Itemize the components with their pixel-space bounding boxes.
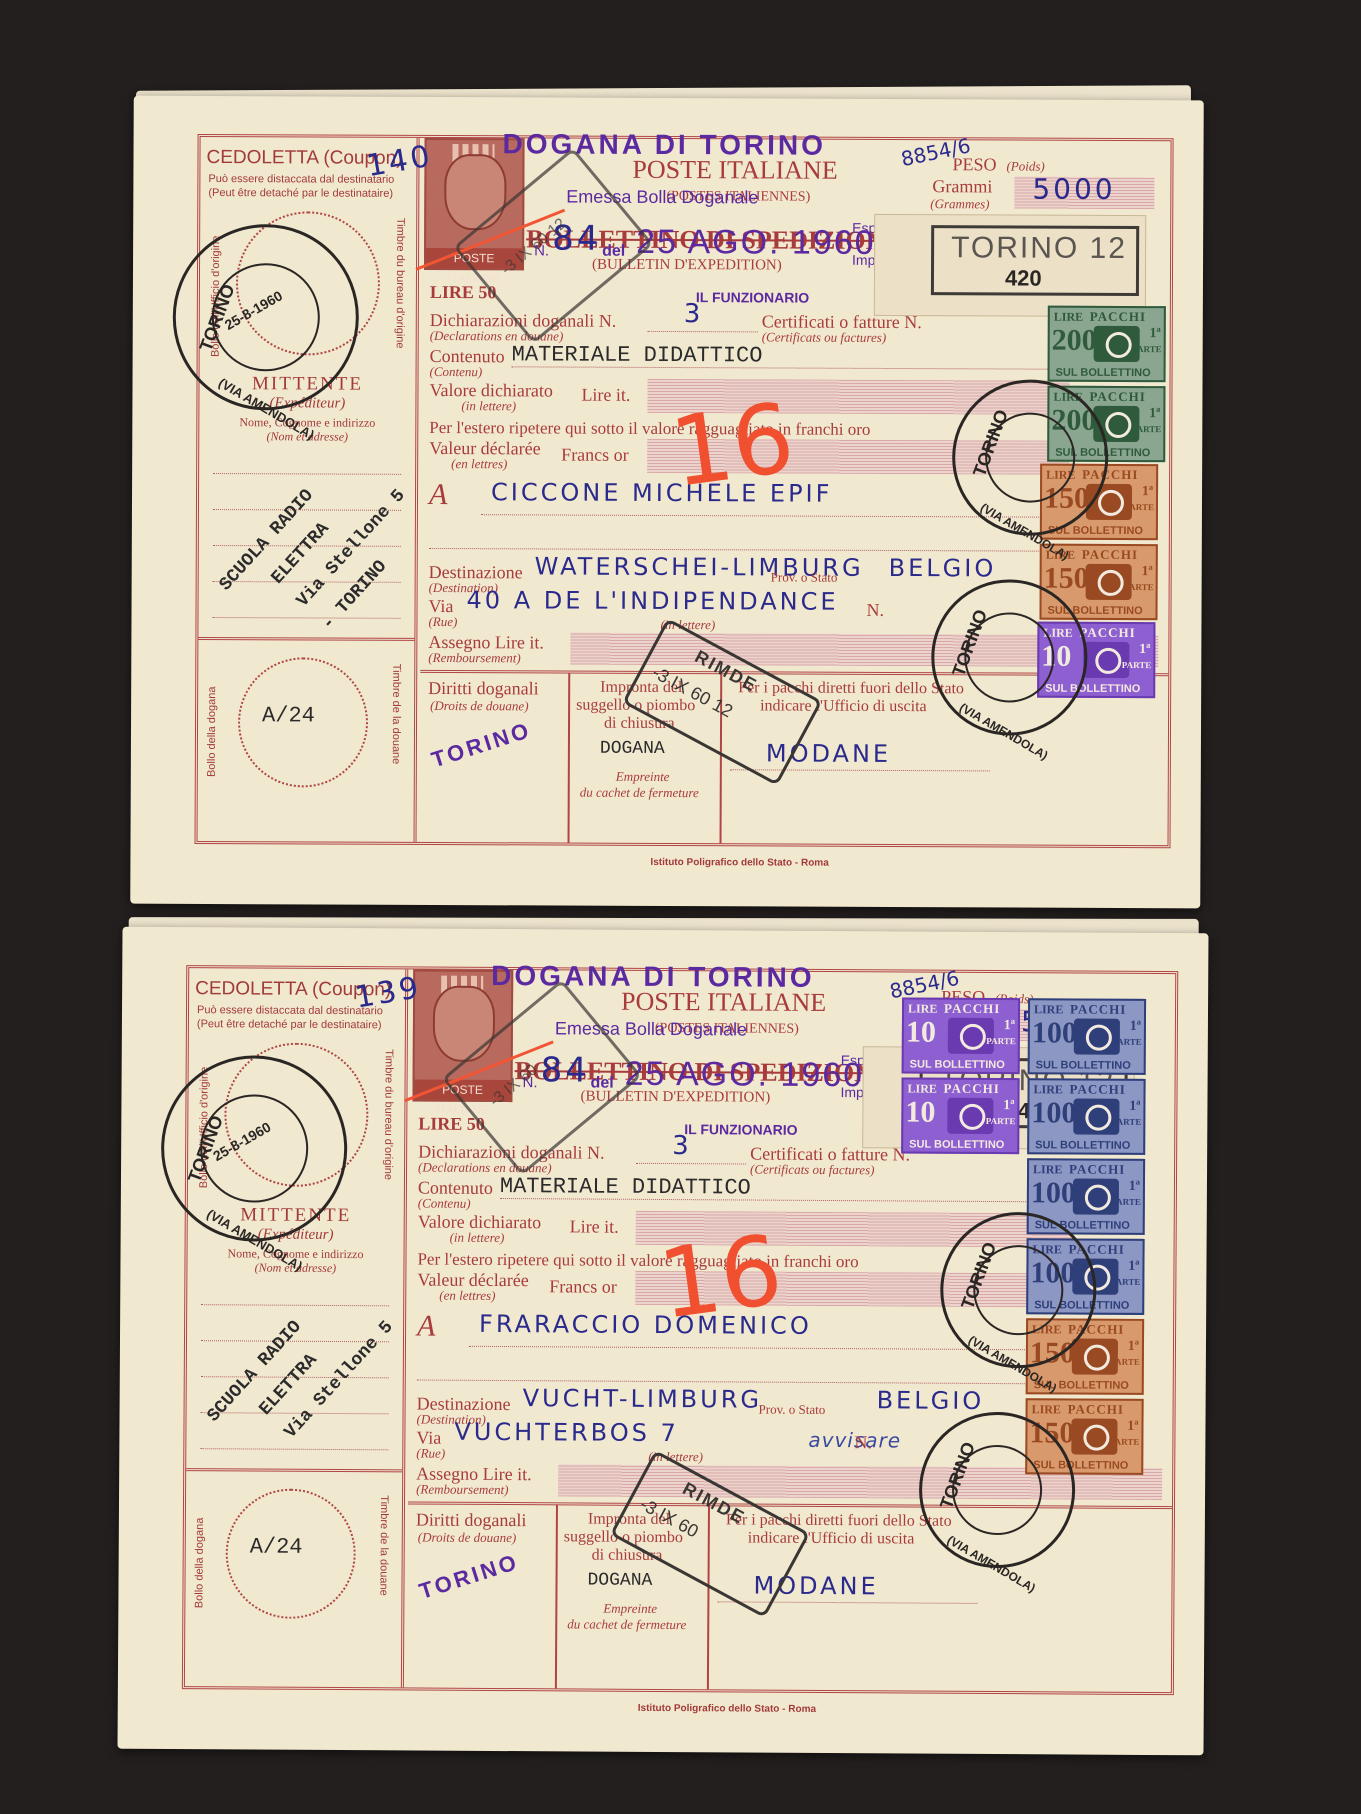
funzionario-stamp: IL FUNZIONARIO [696, 289, 809, 305]
sender-address-typed: SCUOLA RADIO ELETTRA Via Stellone 5 - TO… [211, 426, 449, 668]
stamp-parte-word: PARTE [986, 1116, 1016, 1126]
remboursement-label: (Remboursement) [428, 650, 520, 666]
lire-it-label: Lire it. [570, 1216, 619, 1237]
stamp-parte: 1ª [1149, 406, 1160, 422]
bollo-dogana-label: Bollo della dogana [193, 1518, 206, 1609]
printer-footer: Istituto Poligrafico dello Stato - Roma [650, 857, 828, 869]
dichiarazioni-line [636, 1163, 746, 1165]
stamp-sul-bollettino: SUL BOLLETTINO [1056, 367, 1151, 379]
stamp-parte: 1ª [1130, 1019, 1141, 1035]
numero-label: N. [854, 1432, 872, 1453]
empreinte-label-1: Empreinte [616, 769, 670, 785]
remboursement-label: (Remboursement) [416, 1481, 509, 1498]
stamp-parte-word: PARTE [1112, 1117, 1142, 1127]
stamp-pacchi: PACCHI [1082, 547, 1138, 563]
recipient-line-2 [429, 548, 1069, 552]
per-estero-label: Per l'estero ripetere qui sotto il valor… [429, 418, 870, 440]
stamp-parte: 1ª [1142, 484, 1153, 500]
postmark-stamps: TORINO (VIA AMENDOLA) [952, 379, 1109, 536]
divider [555, 1504, 558, 1688]
lire-it-label: Lire it. [581, 385, 630, 406]
numero-label: N. [866, 600, 884, 621]
red-pen-number: 16 [652, 1214, 788, 1341]
francs-or-label: Francs or [549, 1276, 617, 1297]
diritti-label: Diritti doganali [416, 1509, 527, 1531]
dichiarazioni-line [648, 331, 758, 332]
seal-dogana: DOGANA [587, 1571, 652, 1591]
stamp-sul-bollettino: SUL BOLLETTINO [1036, 1059, 1131, 1072]
date-stamp: 25 AGO. 1960 [636, 223, 876, 263]
stamp-parte-word: PARTE [1132, 424, 1162, 434]
coupon-divider [198, 637, 414, 641]
contenu-label: (Contenu) [418, 1196, 471, 1212]
en-lettres-label: (en lettres) [451, 456, 507, 472]
in-lettere-label: (in lettere) [450, 1230, 505, 1246]
parcel-stamp-10-lire: LIREPACCHI101ªPARTESUL BOLLETTINO [902, 997, 1020, 1074]
parcel-stamp-200-lire: LIREPACCHI2001ªPARTESUL BOLLETTINO [1048, 306, 1166, 383]
timbre-origine-label: Timbre du bureau d'origine [394, 218, 407, 349]
empreinte-label-2: du cachet de fermeture [580, 785, 699, 802]
stamp-parte-word: PARTE [986, 1036, 1016, 1046]
street-address: 40 A DE L'INDIPENDANCE [467, 586, 839, 616]
bollo-dogana-label: Bollo della dogana [206, 686, 218, 777]
coupon-subtitle-fr: (Peut être detaché par le destinataire) [197, 1018, 382, 1031]
printer-footer: Istituto Poligrafico dello Stato - Roma [638, 1703, 816, 1715]
timbre-douane-label: Timbre de la douane [390, 664, 402, 765]
rue-label: (Rue) [428, 614, 457, 630]
coupon-divider [186, 1468, 402, 1472]
destination-country: BELGIO [889, 554, 997, 582]
box-date: -3 IX 60 12 [498, 215, 570, 279]
stamp-parte: 1ª [1139, 642, 1150, 658]
customs-header-stamp: DOGANA DI TORINO [491, 960, 815, 994]
postmark-stamps: TORINO (VIA AMENDOLA) [940, 1212, 1097, 1369]
rue-label: (Rue) [416, 1445, 445, 1461]
stamp-parte-word: PARTE [1112, 1037, 1142, 1047]
francs-or-label: Francs or [561, 445, 629, 466]
funzionario-stamp: IL FUNZIONARIO [684, 1121, 797, 1138]
postmark-coupon: TORINO 25-8-1960 (VIA AMENDOLA) [161, 1055, 348, 1242]
stamp-parte-word: PARTE [1110, 1437, 1140, 1447]
coupon-subtitle: Può essere distaccata dal destinatario [208, 173, 394, 186]
grammi-label: Grammi [932, 176, 992, 197]
prov-stato-label: Prov. o Stato [759, 1402, 826, 1418]
stamp-lire: LIRE [907, 1081, 936, 1096]
stamp-pacchi: PACCHI [944, 1001, 1000, 1017]
stamp-pacchi: PACCHI [943, 1081, 999, 1097]
stamp-value: 10 [906, 1015, 936, 1049]
customs-header-stamp: DOGANA DI TORINO [502, 128, 825, 161]
stamp-value: 100 [1031, 1176, 1076, 1210]
parcel-stamp-100-lire: LIREPACCHI1001ªPARTESUL BOLLETTINO [1027, 1078, 1145, 1155]
stamp-pacchi: PACCHI [1079, 625, 1135, 641]
recipient-line-2 [417, 1379, 1073, 1384]
dichiarazioni-value: 3 [672, 1131, 692, 1161]
stamp-lire: LIRE [908, 1001, 937, 1016]
stamp-pacchi: PACCHI [1089, 389, 1145, 405]
stamp-pacchi: PACCHI [1069, 1081, 1125, 1097]
office-label: TORINO 12 420 [874, 214, 1146, 317]
empreinte-label-1: Empreinte [603, 1601, 657, 1617]
dichiarazioni-value: 3 [684, 299, 704, 329]
stamp-lire: LIRE [1034, 1002, 1063, 1017]
stamp-value: 100 [1031, 1096, 1076, 1130]
sender-address-typed: SCUOLA RADIO ELETTRA Via Stellone 5 [199, 1267, 403, 1477]
stamp-parte-word: PARTE [1124, 502, 1154, 512]
stamp-parte-word: PARTE [1111, 1197, 1141, 1207]
stamp-parte: 1ª [1129, 1179, 1140, 1195]
parcel-form-2: CEDOLETTA (Coupon) Può essere distaccata… [117, 927, 1208, 1756]
stamp-lire: LIRE [1054, 310, 1083, 325]
certificats-label: (Certificats ou factures) [762, 329, 887, 346]
stamp-value: 10 [905, 1095, 935, 1129]
stamp-lire: LIRE [1033, 1082, 1062, 1097]
parcel-stamp-100-lire: LIREPACCHI1001ªPARTESUL BOLLETTINO [1028, 998, 1146, 1075]
stamp-parte-word: PARTE [1110, 1357, 1140, 1367]
stamp-parte-word: PARTE [1122, 660, 1152, 670]
en-lettres-label: (en lettres) [439, 1288, 495, 1304]
date-stamp: 25 AGO. 1960 [625, 1055, 865, 1095]
certificats-label: (Certificats ou factures) [750, 1162, 875, 1179]
box-date: -3 IX 60 [487, 1061, 542, 1111]
diritti-torino-stamp: TORINO [416, 1549, 522, 1605]
diritti-torino-stamp: TORINO [428, 717, 534, 773]
droits-label: (Droits de douane) [418, 1530, 517, 1547]
grammes-label: (Grammes) [930, 196, 989, 212]
red-pen-number: 16 [664, 382, 800, 509]
postmark-stamps-lower: TORINO (VIA AMENDOLA) [919, 1412, 1076, 1569]
stamp-sul-bollettino: SUL BOLLETTINO [909, 1139, 1004, 1152]
office-number: 420 [1005, 265, 1042, 291]
stamp-pacchi: PACCHI [1070, 1001, 1126, 1017]
stamp-parte: 1ª [1127, 1419, 1138, 1435]
weight-value: 5000 [1032, 173, 1115, 206]
stamp-parte: 1ª [1128, 1259, 1139, 1275]
droits-label: (Droits de douane) [430, 698, 529, 714]
stamp-value: 200 [1052, 324, 1097, 358]
in-lettere-label: (in lettere) [461, 398, 516, 414]
peso-label: PESO [952, 154, 996, 175]
stamp-parte: 1ª [1129, 1099, 1140, 1115]
stamp-lire: LIRE [1033, 1162, 1062, 1177]
timbre-origine-label: Timbre du bureau d'origine [382, 1049, 395, 1180]
recipient-prefix: A [417, 1309, 436, 1343]
contenu-label: (Contenu) [430, 364, 483, 380]
stamp-parte-word: PARTE [1111, 1277, 1141, 1287]
office-town: TORINO 12 [951, 231, 1127, 266]
customs-seal-text: A/24 [262, 703, 315, 728]
coupon-subtitle-fr: (Peut être detaché par le destinataire) [208, 187, 393, 200]
stamp-parte: 1ª [1128, 1339, 1139, 1355]
stamp-sul-bollettino: SUL BOLLETTINO [1035, 1139, 1130, 1152]
stamp-pacchi: PACCHI [1068, 1401, 1124, 1417]
contenuto-value: MATERIALE DIDATTICO [500, 1174, 751, 1201]
per-estero-label: Per l'estero ripetere qui sotto il valor… [417, 1249, 858, 1272]
destination-country: BELGIO [877, 1386, 985, 1415]
recipient-prefix: A [429, 478, 447, 512]
divider [568, 673, 571, 843]
contenuto-value: MATERIALE DIDATTICO [512, 342, 763, 368]
stamp-value: 100 [1032, 1016, 1077, 1050]
stamp-parte: 1ª [1149, 326, 1160, 342]
customs-seal-text: A/24 [250, 1534, 303, 1559]
postmark-stamps-lower: TORINO (VIA AMENDOLA) [931, 579, 1088, 736]
stamp-parte: 1ª [1141, 564, 1152, 580]
parcel-stamp-10-lire: LIREPACCHI101ªPARTESUL BOLLETTINO [901, 1077, 1019, 1154]
diritti-label: Diritti doganali [428, 678, 539, 699]
stamp-parte: 1ª [1003, 1098, 1014, 1114]
stamp-sul-bollettino: SUL BOLLETTINO [910, 1059, 1005, 1072]
parcel-form-1: CEDOLETTA (Coupon) Può essere distaccata… [130, 96, 1204, 909]
stamp-pacchi: PACCHI [1090, 309, 1146, 325]
timbre-douane-label: Timbre de la douane [377, 1495, 390, 1596]
stamp-parte-word: PARTE [1132, 344, 1162, 354]
stamp-parte-word: PARTE [1124, 582, 1154, 592]
destination-city: VUCHT-LIMBURG [523, 1384, 763, 1413]
street-address: VUCHTERBOS 7 [454, 1418, 679, 1447]
stamp-lire: LIRE [1032, 1402, 1061, 1417]
seal-dogana: DOGANA [600, 739, 665, 759]
stamp-parte: 1ª [1004, 1018, 1015, 1034]
postmark-coupon: TORINO 25-8-1960 (VIA AMENDOLA) [172, 224, 359, 411]
stamp-pacchi: PACCHI [1069, 1161, 1125, 1177]
empreinte-label-2: du cachet de fermeture [567, 1616, 686, 1633]
coupon-subtitle: Può essere distaccata dal destinatario [197, 1004, 383, 1017]
prov-stato-label: Prov. o Stato [771, 569, 838, 585]
